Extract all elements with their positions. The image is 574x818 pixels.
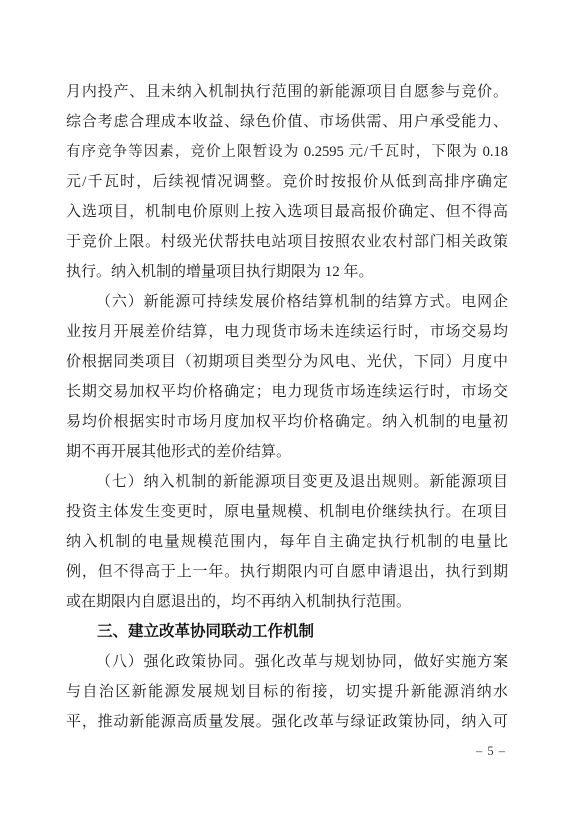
body-line: 长期交易加权平均价格确定；电力现货市场连续运行时，市场交 — [66, 377, 508, 407]
body-line: 与自治区新能源发展规划目标的衔接，切实提升新能源消纳水 — [66, 677, 508, 707]
body-line: 元/千瓦时，后续视情况调整。竞价时按报价从低到高排序确定 — [66, 167, 508, 197]
body-line-paragraph-six-start: （六）新能源可持续发展价格结算机制的结算方式。电网企 — [66, 287, 508, 317]
body-line-paragraph-seven-start: （七）纳入机制的新能源项目变更及退出规则。新能源项目 — [66, 467, 508, 497]
body-line: 综合考虑合理成本收益、绿色价值、市场供需、用户承受能力、 — [66, 107, 508, 137]
section-heading: 三、建立改革协同联动工作机制 — [66, 617, 508, 647]
document-page: 月内投产、且未纳入机制执行范围的新能源项目自愿参与竞价。 综合考虑合理成本收益、… — [0, 0, 574, 818]
body-line: 投资主体发生变更时，原电量规模、机制电价继续执行。在项目 — [66, 497, 508, 527]
body-line: 价根据同类项目（初期项目类型分为风电、光伏，下同）月度中 — [66, 347, 508, 377]
body-line: 例，但不得高于上一年。执行期限内可自愿申请退出，执行到期 — [66, 557, 508, 587]
body-line: 纳入机制的电量规模范围内，每年自主确定执行机制的电量比 — [66, 527, 508, 557]
body-line: 月内投产、且未纳入机制执行范围的新能源项目自愿参与竞价。 — [66, 77, 508, 107]
body-line: 执行。纳入机制的增量项目执行期限为 12 年。 — [66, 257, 508, 287]
body-line: 易均价根据实时市场月度加权平均价格确定。纳入机制的电量初 — [66, 407, 508, 437]
page-number: – 5 – — [66, 742, 506, 760]
body-line: 入选项目，机制电价原则上按入选项目最高报价确定、但不得高 — [66, 197, 508, 227]
body-line: 或在期限内自愿退出的，均不再纳入机制执行范围。 — [66, 587, 508, 617]
document-body: 月内投产、且未纳入机制执行范围的新能源项目自愿参与竞价。 综合考虑合理成本收益、… — [66, 77, 508, 737]
body-line: 业按月开展差价结算，电力现货市场未连续运行时，市场交易均 — [66, 317, 508, 347]
body-line: 平，推动新能源高质量发展。强化改革与绿证政策协同，纳入可 — [66, 707, 508, 737]
body-line: 期不再开展其他形式的差价结算。 — [66, 437, 508, 467]
body-line: 于竞价上限。村级光伏帮扶电站项目按照农业农村部门相关政策 — [66, 227, 508, 257]
body-line: 有序竞争等因素，竞价上限暂设为 0.2595 元/千瓦时，下限为 0.18 — [66, 137, 508, 167]
body-line-paragraph-eight-start: （八）强化政策协同。强化改革与规划协同，做好实施方案 — [66, 647, 508, 677]
